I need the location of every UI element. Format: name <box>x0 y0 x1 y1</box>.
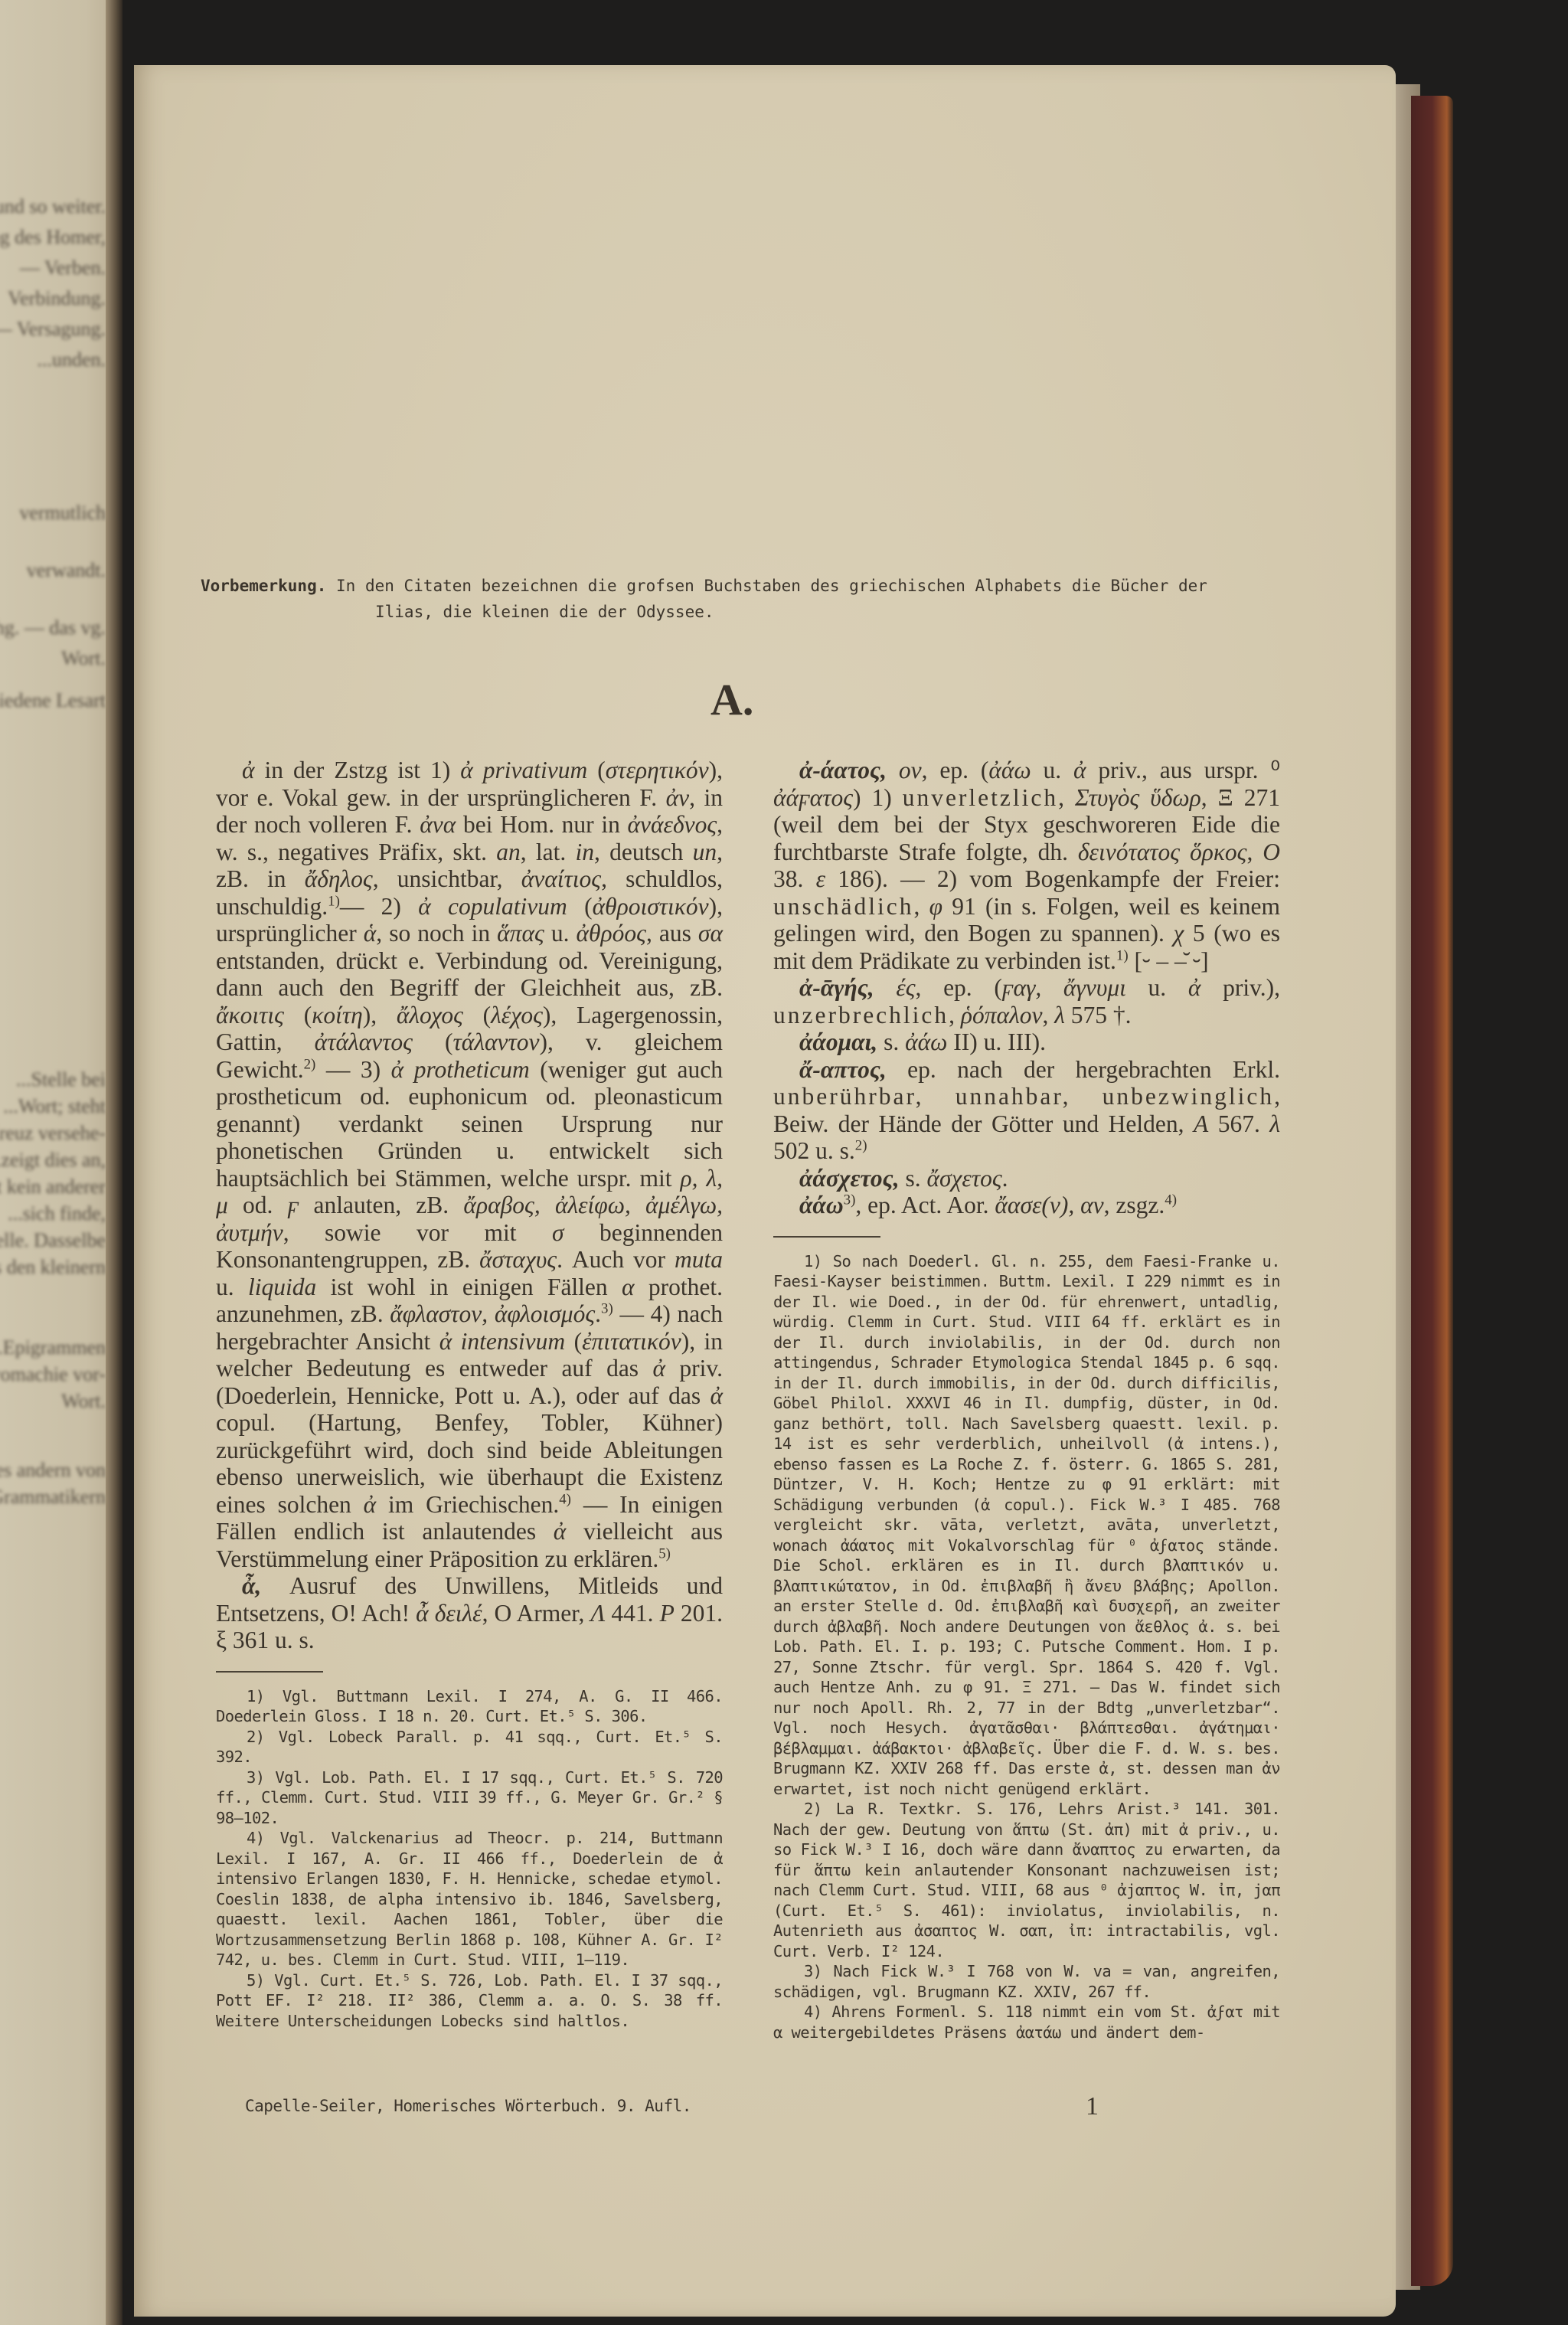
footnote: 5) Vgl. Curt. Et.⁵ S. 726, Lob. Path. El… <box>216 1970 723 2032</box>
right-entries: ἀ-άατος, ον, ep. (ἀάω u. ἀ priv., aus ur… <box>773 757 1280 1219</box>
page-number: 1 <box>1086 2092 1099 2121</box>
dictionary-entry: ἆ, Ausruf des Unwillens, Mitleids und En… <box>216 1572 723 1654</box>
facing-page-fragment: ...Wort kein anderer <box>0 1176 106 1198</box>
facing-page-fragment: vermutlich <box>19 502 106 525</box>
dictionary-entry: ἀ-ᾱγής, ές, ep. (ϝαγ, ἄγνυμι u. ἀ priv.)… <box>773 974 1280 1028</box>
entry-headword: ἄ-απτος, <box>799 1056 887 1083</box>
facing-page-fragment: ...wendung des Homer, <box>0 226 106 249</box>
facing-page-fragment: ...zeigt dies an, <box>0 1149 106 1172</box>
facing-page-fragment: ...Wort; steht <box>3 1095 106 1118</box>
entry-headword: ἀάομαι, <box>799 1028 877 1055</box>
dictionary-entry: ἀ in der Zstzg ist 1) ἀ privativum (στερ… <box>216 757 723 1572</box>
footnote: 2) La R. Textkr. S. 176, Lehrs Arist.³ 1… <box>773 1799 1280 1961</box>
definition-gloss: unverletzlich <box>903 784 1058 811</box>
facing-page-fragment: Wort. <box>61 1390 106 1413</box>
preface-line-2: Ilias, die kleinen die der Odyssee. <box>201 599 1272 625</box>
definition-gloss: unberührbar, unnahbar, unbezwinglich <box>773 1083 1274 1110</box>
footnote: 1) So nach Doederl. Gl. n. 255, dem Faes… <box>773 1251 1280 1800</box>
facing-page-fragment: — Versagung. <box>0 318 106 341</box>
right-column: ἀ-άατος, ον, ep. (ἀάω u. ἀ priv., aus ur… <box>773 757 1280 2042</box>
entry-headword: ἀ-άατος, <box>799 757 887 783</box>
preface-line-1: In den Citaten bezeichnen die grofsen Bu… <box>336 577 1207 595</box>
facing-page-fragment: ...Grammatikern <box>0 1486 106 1509</box>
dictionary-entry: ἀ-άατος, ον, ep. (ἀάω u. ἀ priv., aus ur… <box>773 757 1280 974</box>
dictionary-entry: ἄ-απτος, ep. nach der hergebrachten Erkl… <box>773 1056 1280 1165</box>
dictionary-entry: ἀάω3), ep. Act. Aor. ἄασε(ν), αν, zsgz.4… <box>773 1192 1280 1219</box>
facing-page-fragment: Wort. <box>61 647 106 670</box>
footnote: 4) Ahrens Formenl. S. 118 nimmt ein vom … <box>773 2002 1280 2042</box>
footnote-rule <box>216 1671 323 1673</box>
facing-page-fragment: ...Epigrammen <box>0 1336 106 1359</box>
facing-page-text: ...ten und so weiter....wendung des Home… <box>0 0 115 2325</box>
footnote: 4) Vgl. Valckenarius ad Theocr. p. 214, … <box>216 1828 723 1970</box>
facing-page-fragment: ...Batrachomyomachie vor- <box>0 1363 106 1386</box>
entry-headword: ἀ-ᾱγής, <box>799 974 874 1001</box>
dictionary-entry: ἀάομαι, s. ἀάω II) u. III). <box>773 1028 1280 1056</box>
facing-page-fragment: ...Stelle. Dasselbe <box>0 1229 106 1252</box>
dictionary-entry: ἀάσχετος, s. ἄσχετος. <box>773 1165 1280 1192</box>
entry-headword: ἀάω <box>799 1192 844 1218</box>
left-footnotes: 1) Vgl. Buttmann Lexil. I 274, A. G. II … <box>216 1686 723 2032</box>
footnote-rule <box>773 1236 880 1238</box>
definition-gloss: unzerbrechlich <box>773 1002 949 1028</box>
facing-page-fragment: ä. vhg. — das vg. <box>0 616 106 639</box>
book-gutter <box>106 0 122 2325</box>
facing-page-fragment: ...Kreuz versehe- <box>0 1122 106 1145</box>
entry-headword: ἀ <box>242 757 255 783</box>
facing-page-fragment: — Verben. <box>20 257 106 280</box>
footnote: 3) Vgl. Lob. Path. El. I 17 sqq., Curt. … <box>216 1767 723 1829</box>
entry-headword: ἆ, <box>242 1572 261 1599</box>
right-footnotes: 1) So nach Doederl. Gl. n. 255, dem Faes… <box>773 1251 1280 2043</box>
facing-page-fragment: verwandt. <box>27 559 106 582</box>
facing-page-fragment: ...Stelle bei <box>16 1068 106 1091</box>
facing-page-fragment: ...eines andern von <box>0 1459 106 1482</box>
preface-label: Vorbemerkung. <box>201 577 326 595</box>
facing-page-left: ...ten und so weiter....wendung des Home… <box>0 0 122 2325</box>
preface-note: Vorbemerkung. In den Citaten bezeichnen … <box>201 573 1272 625</box>
facing-page-fragment: ...sich finde, <box>8 1202 106 1225</box>
entry-headword: ἀάσχετος, <box>799 1165 900 1192</box>
facing-page-fragment: — verschiedene Lesart <box>0 689 106 712</box>
facing-page-fragment: Verbindung. <box>8 287 106 310</box>
facing-page-fragment: ...aus den kleinern <box>0 1256 106 1279</box>
facing-page-fragment: ...ten und so weiter. <box>0 195 106 218</box>
book-cover-edge <box>1411 96 1453 2286</box>
left-entries: ἀ in der Zstzg ist 1) ἀ privativum (στερ… <box>216 757 723 1654</box>
facing-page-fragment: ...unden. <box>37 348 106 371</box>
definition-gloss: unschädlich <box>773 893 913 920</box>
printer-signature: Capelle-Seiler, Homerisches Wörterbuch. … <box>245 2097 691 2115</box>
left-column: ἀ in der Zstzg ist 1) ἀ privativum (στερ… <box>216 757 723 2031</box>
footnote: 2) Vgl. Lobeck Parall. p. 41 sqq., Curt.… <box>216 1727 723 1767</box>
footnote: 1) Vgl. Buttmann Lexil. I 274, A. G. II … <box>216 1686 723 1727</box>
footnote: 3) Nach Fick W.³ I 768 von W. va = van, … <box>773 1961 1280 2002</box>
section-letter-heading: A. <box>710 674 753 725</box>
